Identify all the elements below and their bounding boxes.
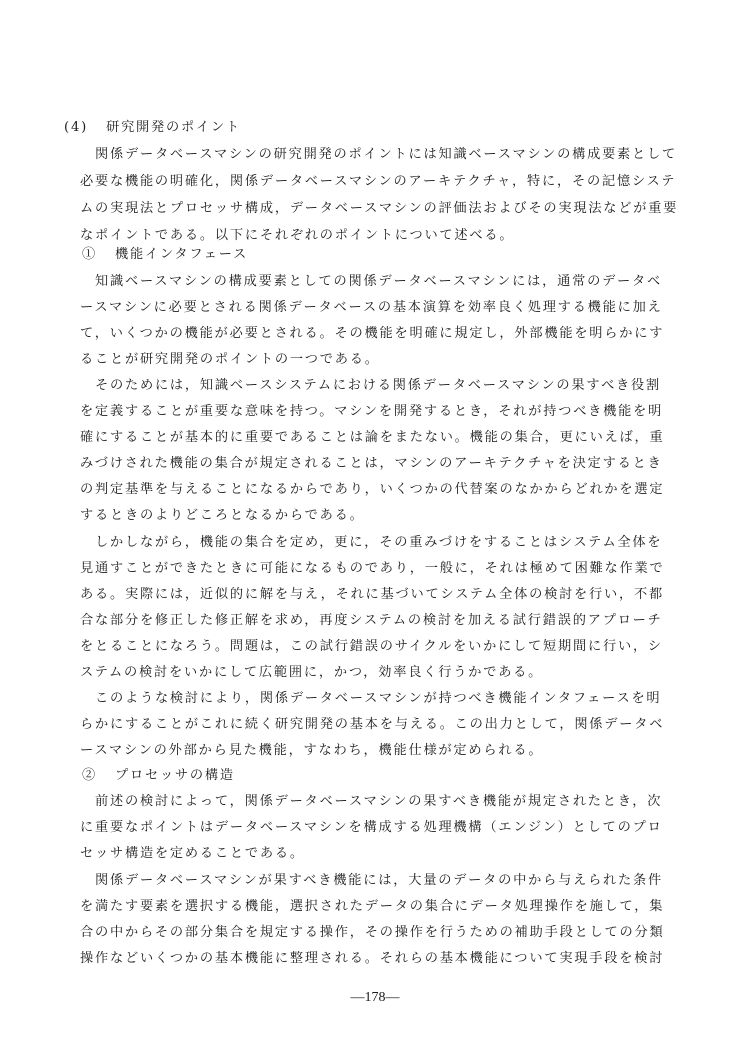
text-line: みづけされた機能の集合が規定されることは，マシンのアーキテクチャを決定するとき [80, 455, 626, 473]
text-line: ステムの検討をいかにして広範囲に，かつ，効率良く行うかである。 [80, 664, 626, 682]
subsection-title: 機能インタフェース [115, 247, 248, 262]
section-title: 研究開発のポイント [106, 120, 241, 135]
text-line: を満たす要素を選択する機能，選択されたデータの集合にデータ処理操作を施して，集 [80, 898, 626, 916]
text-line: セッサ構造を定めることである。 [80, 845, 626, 863]
document-page: (4) 研究開発のポイント 関係データベースマシンの研究開発のポイントには知識ベ… [0, 0, 750, 1054]
text-line: そのためには，知識ベースシステムにおける関係データベースマシンの果すべき役割 [95, 377, 626, 395]
subsection-heading: ② プロセッサの構造 [82, 767, 235, 785]
text-line: ムの実現法とプロセッサ構成，データベースマシンの評価法およびその実現法などが重要 [80, 200, 626, 218]
text-line: 操作などいくつかの基本機能に整理される。それらの基本機能について実現手段を検討 [80, 950, 626, 968]
text-line: 確にすることが基本的に重要であることは論をまたない。機能の集合，更にいえば，重 [80, 429, 626, 447]
subsection-marker: ① [82, 247, 97, 262]
subsection-title: プロセッサの構造 [115, 768, 235, 783]
text-line: 合の中からその部分集合を規定する操作，その操作を行うための補助手段としての分類 [80, 924, 626, 942]
text-line: しかしながら，機能の集合を定め，更に，その重みづけをすることはシステム全体を [95, 534, 626, 552]
text-line: 関係データベースマシンが果すべき機能には，大量のデータの中から与えられた条件 [95, 872, 626, 890]
section-number: (4) [64, 120, 88, 135]
text-line: このような検討により，関係データベースマシンが持つべき機能インタフェースを明 [95, 690, 626, 708]
section-heading: (4) 研究開発のポイント [64, 119, 241, 137]
text-line: 知識ベースマシンの構成要素としての関係データベースマシンには，通常のデータベ [95, 273, 626, 291]
text-line: に重要なポイントはデータベースマシンを構成する処理機構（エンジン）としてのプロ [80, 819, 626, 837]
text-line: 必要な機能の明確化，関係データベースマシンのアーキテクチャ，特に，その記憶システ [80, 173, 626, 191]
text-line: て，いくつかの機能が必要とされる。その機能を明確に規定し，外部機能を明らかにす [80, 325, 626, 343]
text-line: 前述の検討によって，関係データベースマシンの果すべき機能が規定されたとき，次 [95, 793, 626, 811]
text-line: らかにすることがこれに続く研究開発の基本を与える。この出力として，関係データベ [80, 716, 626, 734]
text-line: ースマシンに必要とされる関係データベースの基本演算を効率良く処理する機能に加え [80, 299, 626, 317]
text-line: の判定基準を与えることになるからであり，いくつかの代替案のなかからどれかを選定 [80, 481, 626, 499]
subsection-marker: ② [82, 768, 97, 783]
text-line: をとることになろう。問題は，この試行錯誤のサイクルをいかにして短期間に行い，シ [80, 638, 626, 656]
text-line: 合な部分を修正した修正解を求め，再度システムの検討を加える試行錯誤的アプローチ [80, 612, 626, 630]
text-line: するときのよりどころとなるからである。 [80, 507, 626, 525]
text-line: を定義することが重要な意味を持つ。マシンを開発するとき，それが持つべき機能を明 [80, 403, 626, 421]
text-line: ースマシンの外部から見た機能，すなわち，機能仕様が定められる。 [80, 742, 626, 760]
page-number: —178— [0, 990, 750, 1006]
text-line: ることが研究開発のポイントの一つである。 [80, 351, 626, 369]
subsection-heading: ① 機能インタフェース [82, 246, 248, 264]
text-line: ある。実際には，近似的に解を与え，それに基づいてシステム全体の検討を行い，不都 [80, 586, 626, 604]
text-line: 見通すことができたときに可能になるものであり，一般に，それは極めて困難な作業で [80, 560, 626, 578]
text-line: 関係データベースマシンの研究開発のポイントには知識ベースマシンの構成要素として [95, 146, 626, 164]
text-line: なポイントである。以下にそれぞれのポイントについて述べる。 [80, 227, 626, 245]
